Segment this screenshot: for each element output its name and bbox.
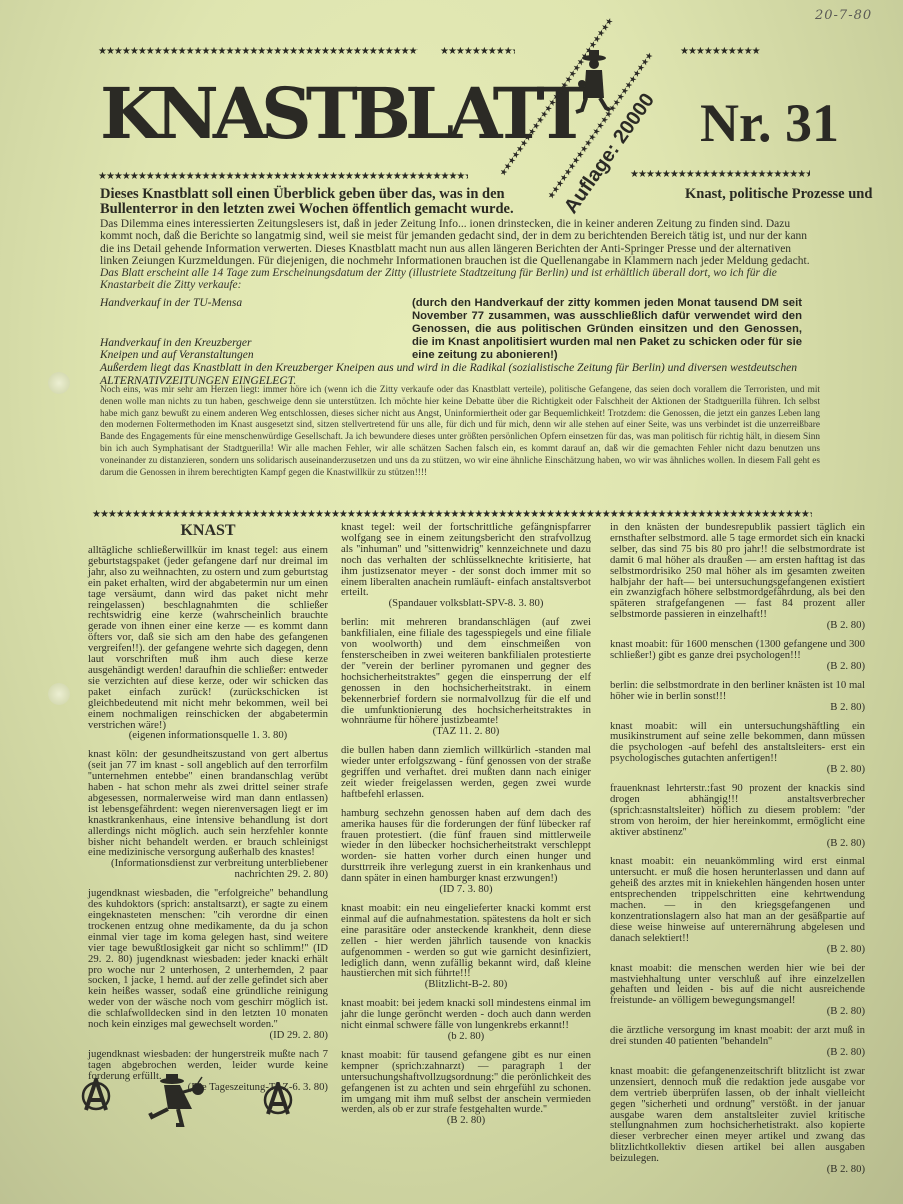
news-item: jugendknast wiesbaden, die ''erfolgreich… <box>88 888 328 1041</box>
news-item-text: knast moabit: für tausend gefangene gibt… <box>341 1049 591 1116</box>
zitty-note: (durch den Handverkauf der zitty kommen … <box>412 297 802 362</box>
news-item: knast moabit: die gefangenenzeitschrift … <box>610 1066 865 1175</box>
handwritten-date: 20-7-80 <box>815 8 872 23</box>
news-item-source: (B 2. 80) <box>610 661 865 672</box>
star-border-top-mid: ★★★★★★★★★★★★★★★★ <box>440 47 515 57</box>
news-item: in den knästen der bundesrepublik passie… <box>610 522 865 631</box>
news-item: knast moabit: für tausend gefangene gibt… <box>341 1050 591 1126</box>
news-item-text: knast moabit: ein neu eingelieferter kna… <box>341 902 591 979</box>
news-item-source: B 2. 80) <box>610 702 865 713</box>
news-item-source: (B 2. 80) <box>610 1006 865 1017</box>
news-item-text: jugendknast wiesbaden, die ''erfolgreich… <box>88 887 328 1030</box>
schedule-note: Das Blatt erscheint alle 14 Tage zum Ers… <box>100 267 820 292</box>
sale-point-1: Handverkauf in der TU-Mensa <box>100 297 400 309</box>
news-item-source: (B 2. 80) <box>610 944 865 955</box>
column-1: KNAST alltägliche schließerwillkür im kn… <box>88 522 328 1101</box>
news-item-text: knast köln: der gesundheitszustand von g… <box>88 748 328 858</box>
appeal-text: Noch eins, was mir sehr am Herzen liegt:… <box>100 385 820 479</box>
news-item-source: (ID 7. 3. 80) <box>341 884 591 895</box>
distribution-note: Außerdem liegt das Knastblatt in den Kre… <box>100 362 840 387</box>
news-item: knast tegel: weil der fortschrittliche g… <box>341 522 591 609</box>
news-item-text: knast tegel: weil der fortschrittliche g… <box>341 521 591 598</box>
news-item: berlin: mit mehreren brandanschlägen (au… <box>341 617 591 737</box>
news-item: knast moabit: für 1600 menschen (1300 ge… <box>610 639 865 672</box>
sale-point-2: Handverkauf in den Kreuzberger Kneipen u… <box>100 337 260 362</box>
news-item-text: knast moabit: die gefangenenzeitschrift … <box>610 1065 865 1164</box>
news-item: knast moabit: will ein untersuchungshäft… <box>610 721 865 776</box>
star-border-bottom-right: ★★★★★★★★★★★★★★★★★★★★★★★★★★★★★★★★★★★★★★ <box>630 170 810 180</box>
column-3: in den knästen der bundesrepublik passie… <box>610 522 865 1183</box>
news-item: hamburg sechzehn genossen haben auf dem … <box>341 808 591 895</box>
news-item: berlin: die selbstmordrate in den berlin… <box>610 680 865 713</box>
star-border-bottom-left: ★★★★★★★★★★★★★★★★★★★★★★★★★★★★★★★★★★★★★★★★… <box>98 172 468 182</box>
intro-paragraph: Das Dilemma eines interessierten Zeitung… <box>100 218 820 267</box>
news-item-source: (B 2. 80) <box>610 838 865 849</box>
star-border-top-left: ★★★★★★★★★★★★★★★★★★★★★★★★★★★★★★★★★★★★★★★★… <box>98 47 418 57</box>
news-item-source: (b 2. 80) <box>341 1031 591 1042</box>
news-item-text: alltägliche schließerwillkür im knast te… <box>88 544 328 731</box>
issue-number: Nr. 31 <box>700 93 839 153</box>
section-divider: ★★★★★★★★★★★★★★★★★★★★★★★★★★★★★★★★★★★★★★★★… <box>92 510 812 520</box>
news-item-source: (eigenen informationsquelle 1. 3. 80) <box>88 730 328 741</box>
star-border-top-right: ★★★★★★★★★★★★★★★★★★★★ <box>680 47 760 57</box>
news-item: die bullen haben dann ziemlich willkürli… <box>341 745 591 800</box>
news-item-text: berlin: die selbstmordrate in den berlin… <box>610 679 865 702</box>
intro-headline: Dieses Knastblatt soll einen Überblick g… <box>100 187 820 217</box>
news-item-source: (Spandauer volksblatt-SPV-8. 3. 80) <box>341 598 591 609</box>
column-2-items: knast tegel: weil der fortschrittliche g… <box>341 522 591 1126</box>
news-item-source: (B 2. 80) <box>610 1164 865 1175</box>
news-item-text: die bullen haben dann ziemlich willkürli… <box>341 744 591 800</box>
anarchy-symbol-icon <box>80 1078 112 1112</box>
news-item: knast moabit: ein neuankömmling wird ers… <box>610 856 865 954</box>
news-item-text: knast moabit: will ein untersuchungshäft… <box>610 720 865 765</box>
column-1-items: alltägliche schließerwillkür im knast te… <box>88 545 328 1093</box>
punch-hole <box>48 372 70 394</box>
news-item: knast moabit: ein neu eingelieferter kna… <box>341 903 591 990</box>
news-item: knast moabit: bei jedem knacki soll mind… <box>341 998 591 1042</box>
anarchy-symbol-icon <box>262 1082 294 1116</box>
news-item-source: (B 2. 80) <box>341 1115 591 1126</box>
bomb-thrower-icon <box>148 1073 210 1127</box>
headline-line-1-right: Knast, politische Prozesse und <box>685 187 872 202</box>
news-item-text: knast moabit: ein neuankömmling wird ers… <box>610 855 865 943</box>
news-item-text: berlin: mit mehreren brandanschlägen (au… <box>341 616 591 726</box>
news-item-text: die ärztliche versorgung im knast moabit… <box>610 1024 865 1047</box>
news-item: frauenknast lehrterstr.:fast 90 prozent … <box>610 783 865 848</box>
punch-hole <box>48 683 70 705</box>
intro-body: Das Dilemma eines interessierten Zeitung… <box>100 218 820 292</box>
masthead-title: KNASTBLATT <box>100 62 570 172</box>
newspaper-page: 20-7-80 ★★★★★★★★★★★★★★★★★★★★★★★★★★★★★★★★… <box>0 0 903 1204</box>
news-item-text: in den knästen der bundesrepublik passie… <box>610 521 865 620</box>
news-item-text: hamburg sechzehn genossen haben auf dem … <box>341 807 591 884</box>
news-item-text: frauenknast lehrterstr.:fast 90 prozent … <box>610 782 865 838</box>
news-item: die ärztliche versorgung im knast moabit… <box>610 1025 865 1058</box>
news-item-source: (TAZ 11. 2. 80) <box>341 726 591 737</box>
news-item-text: knast moabit: für 1600 menschen (1300 ge… <box>610 638 865 661</box>
headline-line-2: Bullenterror in den letzten zwei Wochen … <box>100 202 820 217</box>
news-item-source: (B 2. 80) <box>610 1047 865 1058</box>
news-item: alltägliche schließerwillkür im knast te… <box>88 545 328 741</box>
news-item: knast köln: der gesundheitszustand von g… <box>88 749 328 880</box>
news-item-source: (ID 29. 2. 80) <box>88 1030 328 1041</box>
news-item-text: knast moabit: die menschen werden hier w… <box>610 962 865 1007</box>
news-item-source: (Blitzlicht-B-2. 80) <box>341 979 591 990</box>
column-3-items: in den knästen der bundesrepublik passie… <box>610 522 865 1175</box>
news-item-text: knast moabit: bei jedem knacki soll mind… <box>341 997 591 1031</box>
news-item: knast moabit: die menschen werden hier w… <box>610 963 865 1018</box>
news-item-source: (Informationsdienst zur verbreitung unte… <box>88 858 328 880</box>
news-item-source: (B 2. 80) <box>610 620 865 631</box>
section-title: KNAST <box>88 522 328 540</box>
column-2: knast tegel: weil der fortschrittliche g… <box>341 522 591 1134</box>
news-item-source: (B 2. 80) <box>610 764 865 775</box>
